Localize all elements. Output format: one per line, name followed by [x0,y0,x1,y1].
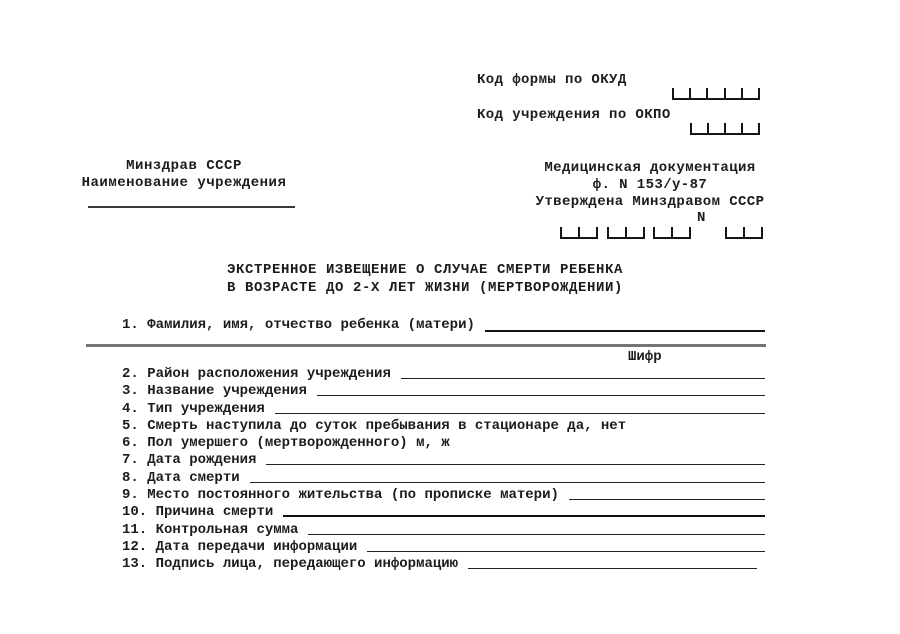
code-cell [671,227,691,237]
code-cell [741,88,760,98]
item-text: 13. Подпись лица, передающего информацию [122,556,458,573]
item-text: 3. Название учреждения [122,383,307,400]
item-number: 12. [122,539,147,555]
item-label: Дата рождения [147,452,256,468]
number-n-label: N [697,210,705,226]
okpo-code-label: Код учреждения по ОКПО [477,107,671,123]
item-label: Пол умершего (мертворожденного) м, ж [147,435,449,451]
title-line-2: В ВОЗРАСТЕ ДО 2-Х ЛЕТ ЖИЗНИ (МЕРТВОРОЖДЕ… [75,280,775,298]
institution-name-line [88,206,295,208]
fill-in-line [283,504,765,517]
ministry-line: Минздрав СССР [58,158,310,175]
item-number: 1. [122,317,139,333]
form-item-row-8: 8. Дата смерти [122,470,765,487]
okpo-code-boxes [690,123,760,135]
item-label: Подпись лица, передающего информацию [156,556,458,572]
item-label: Фамилия, имя, отчество ребенка (матери) [147,317,475,333]
institution-name-label: Наименование учреждения [58,175,310,192]
form-title: ЭКСТРЕННОЕ ИЗВЕЩЕНИЕ О СЛУЧАЕ СМЕРТИ РЕБ… [75,262,775,297]
item-number: 4. [122,401,139,417]
item-text: 1. Фамилия, имя, отчество ребенка (матер… [122,317,475,333]
form-item-row-7: 7. Дата рождения [122,452,765,469]
item-label: Дата смерти [147,470,239,486]
item-number: 8. [122,470,139,486]
item-number: 5. [122,418,139,434]
item-label: Место постоянного жительства (по прописк… [147,487,559,503]
item-text: 8. Дата смерти [122,470,240,487]
fill-in-line [308,522,765,535]
item-label: Тип учреждения [147,401,265,417]
item-label: Дата передачи информации [156,539,358,555]
item-number: 11. [122,522,147,538]
fill-in-line [266,452,765,465]
fill-in-line [569,487,765,500]
item-label: Причина смерти [156,504,274,520]
form-item-row-3: 3. Название учреждения [122,383,765,400]
approved-line: Утверждена Минздравом СССР [522,194,778,211]
form-item-row-1: 1. Фамилия, имя, отчество ребенка (матер… [122,317,765,333]
form-item-row-5: 5. Смерть наступила до суток пребывания … [122,418,765,435]
shifr-label: Шифр [628,349,662,365]
item-text: 4. Тип учреждения [122,401,265,418]
item-number: 6. [122,435,139,451]
code-cell [725,227,743,237]
item-text: 10. Причина смерти [122,504,273,521]
item-text: 11. Контрольная сумма [122,522,298,539]
fill-in-line [275,401,765,414]
item-text: 2. Район расположения учреждения [122,366,391,383]
code-cell [707,123,724,133]
item-number: 2. [122,366,139,382]
fill-in-line [485,317,765,332]
code-cell [690,123,707,133]
code-cell [706,88,723,98]
form-item-row-13: 13. Подпись лица, передающего информацию [122,556,765,573]
title-line-1: ЭКСТРЕННОЕ ИЗВЕЩЕНИЕ О СЛУЧАЕ СМЕРТИ РЕБ… [75,262,775,280]
item-label: Смерть наступила до суток пребывания в с… [147,418,626,434]
form-items-list: 2. Район расположения учреждения 3. Назв… [122,366,765,574]
item-number: 13. [122,556,147,572]
fill-in-line [468,556,757,569]
okud-code-label: Код формы по ОКУД [477,72,627,88]
item-number: 10. [122,504,147,520]
fill-in-line [317,383,765,396]
code-cell [689,88,706,98]
code-cell [560,227,578,237]
code-cell [724,88,741,98]
number-box-group [653,227,691,239]
item-label: Контрольная сумма [156,522,299,538]
item-number: 7. [122,452,139,468]
code-cell [724,123,741,133]
number-box-group [560,227,598,239]
item-label: Район расположения учреждения [147,366,391,382]
item-text: 12. Дата передачи информации [122,539,357,556]
code-cell [578,227,598,237]
okud-code-boxes [672,88,760,100]
form-item-row-11: 11. Контрольная сумма [122,522,765,539]
code-cell [653,227,671,237]
number-box-group [725,227,763,239]
item-text: 9. Место постоянного жительства (по проп… [122,487,559,504]
form-item-row-9: 9. Место постоянного жительства (по проп… [122,487,765,504]
form-number-line: ф. N 153/у-87 [522,177,778,194]
form-item-row-12: 12. Дата передачи информации [122,539,765,556]
code-cell [743,227,763,237]
section-divider [86,344,766,347]
item-text: 5. Смерть наступила до суток пребывания … [122,418,626,435]
item-label: Название учреждения [147,383,307,399]
doc-info-block: Медицинская документация ф. N 153/у-87 У… [522,160,778,211]
scanned-form-page: Код формы по ОКУД Код учреждения по ОКПО… [0,0,900,634]
form-item-row-2: 2. Район расположения учреждения [122,366,765,383]
fill-in-line [250,470,765,483]
item-number: 3. [122,383,139,399]
form-item-row-4: 4. Тип учреждения [122,401,765,418]
form-item-row-6: 6. Пол умершего (мертворожденного) м, ж [122,435,765,452]
number-box-group [607,227,645,239]
fill-in-line [401,366,765,379]
code-cell [741,123,760,133]
item-number: 9. [122,487,139,503]
code-cell [625,227,645,237]
ministry-block: Минздрав СССР Наименование учреждения [58,158,310,192]
code-cell [672,88,689,98]
code-cell [607,227,625,237]
form-item-row-10: 10. Причина смерти [122,504,765,521]
item-text: 6. Пол умершего (мертворожденного) м, ж [122,435,450,452]
fill-in-line [367,539,765,552]
item-text: 7. Дата рождения [122,452,256,469]
medical-doc-line: Медицинская документация [522,160,778,177]
